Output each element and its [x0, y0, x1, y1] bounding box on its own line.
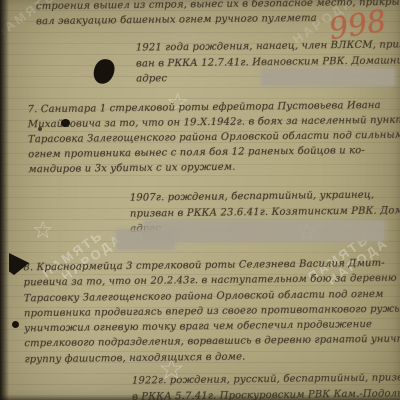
paragraph-entry8: 8. Красноармейца 3 стрелковой роты Селез…: [23, 256, 396, 368]
redaction-box: [145, 221, 384, 241]
ink-speck: [61, 119, 70, 127]
page-edge-shadow: [0, 0, 9, 400]
handwritten-text-line: мандиров и 3х убитых с их оружием.: [28, 158, 396, 177]
watermark-star-icon: ☆: [32, 216, 54, 244]
ink-speck: [38, 127, 42, 131]
page-edge-shadow: [0, 395, 400, 400]
paragraph-entry7: 7. Санитара 1 стрелковой роты ефрейтора …: [28, 98, 397, 177]
ink-speck: [12, 321, 19, 328]
redaction-box: [262, 69, 394, 85]
redaction-box: [117, 230, 174, 249]
scanned-document-page: ПАМЯТЬ НАРОДА ☆ ☆ ПАМЯТЬ НАРОДА ☆ ПАМЯТЬ…: [0, 0, 400, 400]
hole-punch-mark: [92, 57, 117, 86]
